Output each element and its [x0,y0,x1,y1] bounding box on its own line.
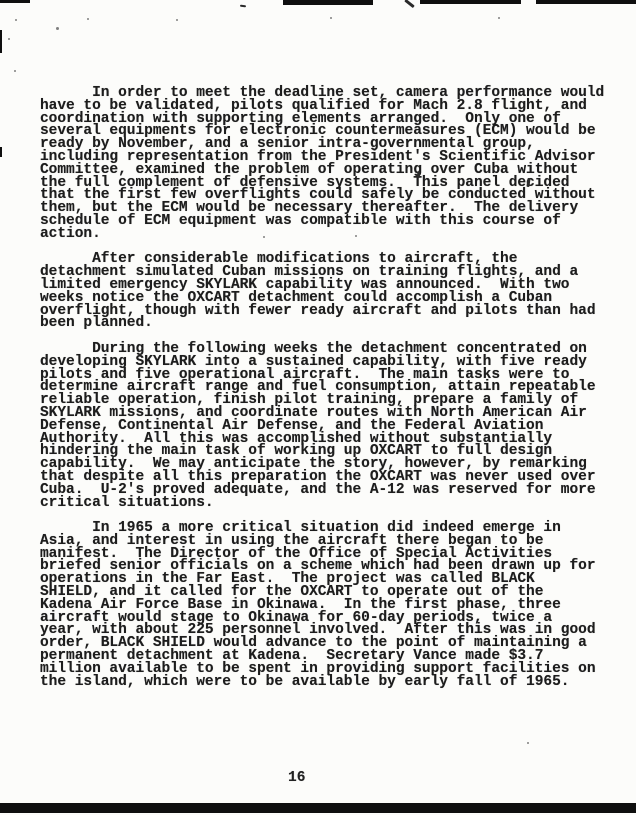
paragraph-4: In 1965 a more critical situation did in… [40,522,615,688]
scan-left-edge-mark [0,147,2,157]
text-line: the island, which were to be available b… [40,676,615,689]
paragraph-2: After considerable modifications to airc… [40,253,615,330]
scan-artifact [56,27,59,30]
scan-artifact [15,19,17,21]
scan-artifact [330,17,332,19]
scan-artifact [404,0,415,8]
scan-left-edge-mark [0,30,2,53]
scanned-document-page: { "page": { "number": "16", "paper_color… [0,0,636,815]
page-number: 16 [288,771,305,785]
scan-artifact [355,235,357,237]
scan-artifact [14,70,16,72]
scan-bottom-edge-segment [0,803,636,813]
scan-top-edge-segment [283,0,373,5]
paragraph-1: In order to meet the deadline set, camer… [40,87,615,241]
text-line: action. [40,228,615,241]
scan-artifact [498,17,500,19]
text-line: schedule of ECM equipment was compatible… [40,215,615,228]
scan-artifact [527,742,529,744]
scan-artifact [176,19,178,21]
scan-top-edge-segment [536,0,636,4]
scan-artifact [87,18,89,20]
scan-artifact [8,38,10,40]
text-line: been planned. [40,317,615,330]
paragraph-3: During the following weeks the detachmen… [40,343,615,509]
scan-top-edge-segment [0,0,30,3]
scan-top-edge-segment [420,0,521,4]
text-line: critical situations. [40,497,615,510]
scan-artifact [240,5,246,8]
scan-artifact [263,236,265,238]
